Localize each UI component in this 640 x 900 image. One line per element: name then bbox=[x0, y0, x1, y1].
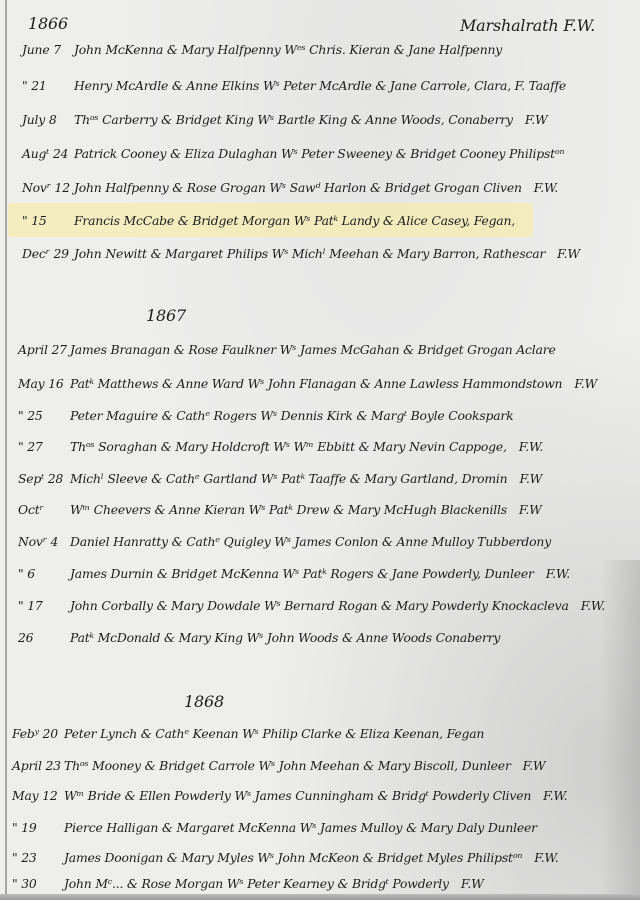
year-heading-1868: 1868 bbox=[184, 692, 224, 711]
entry-text: Henry McArdle & Anne Elkins Wˢ Peter McA… bbox=[74, 78, 566, 93]
register-entry: May 12 Wᵐ Bride & Ellen Powderly Wˢ Jame… bbox=[12, 788, 567, 803]
entry-text: James Durnin & Bridget McKenna Wˢ Patᵏ R… bbox=[70, 566, 534, 581]
register-entry-highlighted: " 15 Francis McCabe & Bridget Morgan Wˢ … bbox=[22, 213, 515, 228]
register-entry: April 23 Thᵒˢ Mooney & Bridget Carrole W… bbox=[12, 758, 545, 773]
entry-date: " 30 bbox=[12, 876, 64, 891]
register-entry: June 7 John McKenna & Mary Halfpenny Wᵉˢ… bbox=[22, 42, 502, 57]
entry-text: Thᵒˢ Soraghan & Mary Holdcroft Wˢ Wᵐ Ebb… bbox=[70, 439, 507, 454]
register-entry: Sepᵗ 28 Michˡ Sleeve & Cathᵉ Gartland Wˢ… bbox=[18, 471, 542, 486]
entry-text: Patᵏ Matthews & Anne Ward Wˢ John Flanag… bbox=[70, 376, 562, 391]
entry-text: Wᵐ Cheevers & Anne Kieran Wˢ Patᵏ Drew &… bbox=[70, 502, 507, 517]
entry-date: " 15 bbox=[22, 213, 74, 228]
entry-mark: F.W. bbox=[543, 788, 567, 803]
entry-mark: F.W. bbox=[534, 180, 558, 195]
register-entry: Octʳ Wᵐ Cheevers & Anne Kieran Wˢ Patᵏ D… bbox=[18, 502, 542, 517]
entry-mark: F.W. bbox=[546, 566, 570, 581]
year-heading-1867: 1867 bbox=[146, 306, 186, 325]
register-entry: July 8 Thᵒˢ Carberry & Bridget King Wˢ B… bbox=[22, 112, 548, 127]
register-entry: " 23 James Doonigan & Mary Myles Wˢ John… bbox=[12, 850, 559, 865]
entry-mark: F.W bbox=[525, 112, 548, 127]
register-page: 1866 Marshalrath F.W. June 7 John McKenn… bbox=[0, 0, 640, 900]
entry-mark: F.W. bbox=[534, 850, 558, 865]
entry-date: Octʳ bbox=[18, 502, 70, 517]
register-entry: " 30 John Mᶜ... & Rose Morgan Wˢ Peter K… bbox=[12, 876, 484, 891]
entry-date: " 23 bbox=[12, 850, 64, 865]
entry-date: " 19 bbox=[12, 820, 64, 835]
register-entry: Febʸ 20 Peter Lynch & Cathᵉ Keenan Wˢ Ph… bbox=[12, 726, 484, 741]
entry-date: July 8 bbox=[22, 112, 74, 127]
register-entry: Novʳ 12 John Halfpenny & Rose Grogan Wˢ … bbox=[22, 180, 558, 195]
entry-text: Patᵏ McDonald & Mary King Wˢ John Woods … bbox=[70, 630, 500, 645]
entry-text: James Doonigan & Mary Myles Wˢ John McKe… bbox=[64, 850, 522, 865]
register-entry: Augᵗ 24 Patrick Cooney & Eliza Dulaghan … bbox=[22, 146, 564, 161]
entry-mark: F.W bbox=[557, 246, 580, 261]
entry-text: Peter Maguire & Cathᵉ Rogers Wˢ Dennis K… bbox=[70, 408, 513, 423]
entry-date: Febʸ 20 bbox=[12, 726, 64, 741]
entry-text: John Corbally & Mary Dowdale Wˢ Bernard … bbox=[70, 598, 569, 613]
entry-date: June 7 bbox=[22, 42, 74, 57]
entry-text: Thᵒˢ Carberry & Bridget King Wˢ Bartle K… bbox=[74, 112, 513, 127]
entry-text: Wᵐ Bride & Ellen Powderly Wˢ James Cunni… bbox=[64, 788, 531, 803]
register-entry: " 6 James Durnin & Bridget McKenna Wˢ Pa… bbox=[18, 566, 570, 581]
entry-text: John Newitt & Margaret Philips Wˢ Michˡ … bbox=[74, 246, 545, 261]
entry-text: Thᵒˢ Mooney & Bridget Carrole Wˢ John Me… bbox=[64, 758, 511, 773]
entry-date: Novʳ 4 bbox=[18, 534, 70, 549]
entry-date: Novʳ 12 bbox=[22, 180, 74, 195]
register-entry: " 19 Pierce Halligan & Margaret McKenna … bbox=[12, 820, 537, 835]
year-heading-1866: 1866 bbox=[28, 14, 68, 33]
entry-date: " 6 bbox=[18, 566, 70, 581]
entry-date: " 17 bbox=[18, 598, 70, 613]
entry-mark: F.W bbox=[519, 471, 542, 486]
register-entry: " 25 Peter Maguire & Cathᵉ Rogers Wˢ Den… bbox=[18, 408, 513, 423]
entry-mark: F.W bbox=[461, 876, 484, 891]
entry-date: 26 bbox=[18, 630, 70, 645]
entry-mark: F.W bbox=[523, 758, 546, 773]
entry-text: Daniel Hanratty & Cathᵉ Quigley Wˢ James… bbox=[70, 534, 551, 549]
register-entry: " 17 John Corbally & Mary Dowdale Wˢ Ber… bbox=[18, 598, 605, 613]
register-entry: Novʳ 4 Daniel Hanratty & Cathᵉ Quigley W… bbox=[18, 534, 551, 549]
entry-text: Peter Lynch & Cathᵉ Keenan Wˢ Philip Cla… bbox=[64, 726, 484, 741]
entry-date: " 25 bbox=[18, 408, 70, 423]
entry-date: " 27 bbox=[18, 439, 70, 454]
entry-text: Patrick Cooney & Eliza Dulaghan Wˢ Peter… bbox=[74, 146, 564, 161]
parish-header: Marshalrath F.W. bbox=[460, 16, 595, 35]
entry-text: John Mᶜ... & Rose Morgan Wˢ Peter Kearne… bbox=[64, 876, 449, 891]
entry-mark: F.W bbox=[574, 376, 597, 391]
entry-mark: F.W. bbox=[519, 439, 543, 454]
entry-date: April 23 bbox=[12, 758, 64, 773]
entry-date: May 12 bbox=[12, 788, 64, 803]
register-entry: May 16 Patᵏ Matthews & Anne Ward Wˢ John… bbox=[18, 376, 597, 391]
entry-text: James Branagan & Rose Faulkner Wˢ James … bbox=[70, 342, 556, 357]
entry-date: May 16 bbox=[18, 376, 70, 391]
entry-date: April 27 bbox=[18, 342, 70, 357]
page-left-margin-rule bbox=[5, 0, 7, 900]
page-shadow bbox=[600, 560, 640, 900]
register-entry: " 21 Henry McArdle & Anne Elkins Wˢ Pete… bbox=[22, 78, 566, 93]
entry-text: Michˡ Sleeve & Cathᵉ Gartland Wˢ Patᵏ Ta… bbox=[70, 471, 507, 486]
entry-mark: F.W bbox=[519, 502, 542, 517]
entry-date: Sepᵗ 28 bbox=[18, 471, 70, 486]
entry-text: Francis McCabe & Bridget Morgan Wˢ Patᵏ … bbox=[74, 213, 515, 228]
entry-date: Decʳ 29 bbox=[22, 246, 74, 261]
register-entry: " 27 Thᵒˢ Soraghan & Mary Holdcroft Wˢ W… bbox=[18, 439, 543, 454]
entry-text: John Halfpenny & Rose Grogan Wˢ Sawᵈ Har… bbox=[74, 180, 522, 195]
entry-text: John McKenna & Mary Halfpenny Wᵉˢ Chris.… bbox=[74, 42, 502, 57]
entry-date: " 21 bbox=[22, 78, 74, 93]
page-bottom-edge bbox=[0, 894, 640, 900]
register-entry: 26 Patᵏ McDonald & Mary King Wˢ John Woo… bbox=[18, 630, 500, 645]
entry-mark: F.W. bbox=[581, 598, 605, 613]
register-entry: Decʳ 29 John Newitt & Margaret Philips W… bbox=[22, 246, 580, 261]
entry-date: Augᵗ 24 bbox=[22, 146, 74, 161]
entry-text: Pierce Halligan & Margaret McKenna Wˢ Ja… bbox=[64, 820, 537, 835]
register-entry: April 27 James Branagan & Rose Faulkner … bbox=[18, 342, 556, 357]
